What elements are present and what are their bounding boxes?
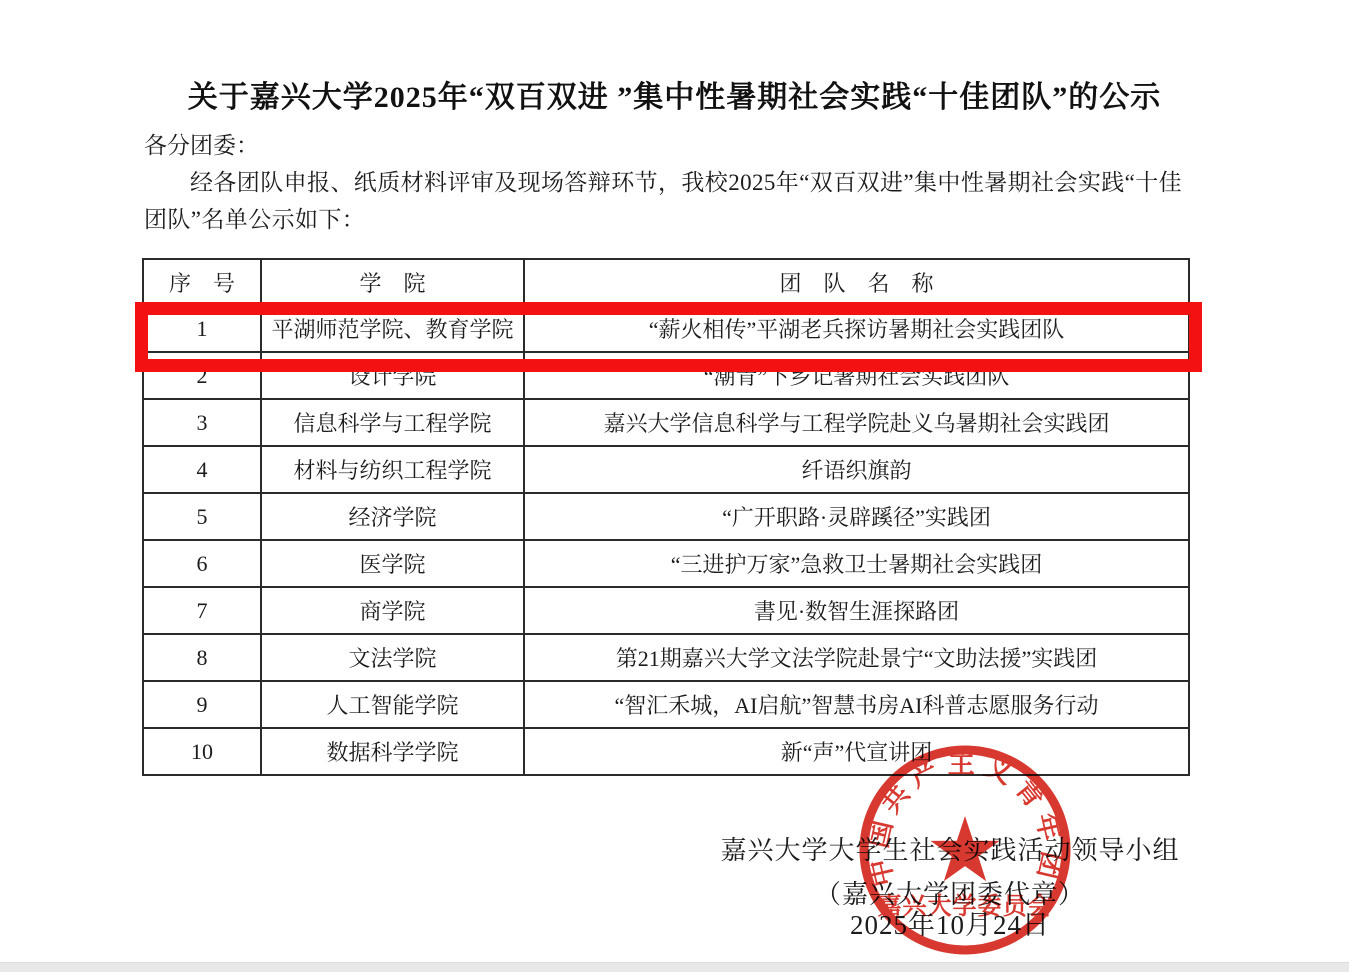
table-row: 10 数据科学学院 新“声”代宣讲团	[143, 728, 1189, 775]
cell-college: 经济学院	[261, 493, 524, 540]
signature-block: 嘉兴大学大学生社会实践活动领导小组 （嘉兴大学团委代章） 2025年10月24日	[650, 836, 1250, 940]
page-title: 关于嘉兴大学2025年“双百双进 ”集中性暑期社会实践“十佳团队”的公示	[0, 72, 1349, 116]
teams-table: 序 号 学 院 团 队 名 称 1 平湖师范学院、教育学院 “薪火相传”平湖老兵…	[142, 258, 1190, 776]
cell-no: 1	[143, 305, 261, 352]
header-no: 序 号	[143, 259, 261, 305]
cell-no: 10	[143, 728, 261, 775]
cell-team: 新“声”代宣讲团	[524, 728, 1189, 775]
body-paragraph-line1: 经各团队申报、纸质材料评审及现场答辩环节，我校2025年“双百双进”集中性暑期社…	[144, 164, 1206, 197]
cell-team: “潮青”下乡记暑期社会实践团队	[524, 352, 1189, 399]
table-row: 6 医学院 “三进护万家”急救卫士暑期社会实践团	[143, 540, 1189, 587]
table-row: 3 信息科学与工程学院 嘉兴大学信息科学与工程学院赴义乌暑期社会实践团	[143, 399, 1189, 446]
cell-college: 文法学院	[261, 634, 524, 681]
cell-no: 6	[143, 540, 261, 587]
table-row: 5 经济学院 “广开职路·灵辟蹊径”实践团	[143, 493, 1189, 540]
cell-college: 信息科学与工程学院	[261, 399, 524, 446]
cell-team: 纤语织旗韵	[524, 446, 1189, 493]
signature-seal-note: （嘉兴大学团委代章）	[650, 880, 1250, 910]
cell-college: 设计学院	[261, 352, 524, 399]
table-row: 1 平湖师范学院、教育学院 “薪火相传”平湖老兵探访暑期社会实践团队	[143, 305, 1189, 352]
table-row: 8 文法学院 第21期嘉兴大学文法学院赴景宁“文助法援”实践团	[143, 634, 1189, 681]
table-header-row: 序 号 学 院 团 队 名 称	[143, 259, 1189, 305]
cell-team: 書见·数智生涯探路团	[524, 587, 1189, 634]
cell-no: 9	[143, 681, 261, 728]
table-row: 4 材料与纺织工程学院 纤语织旗韵	[143, 446, 1189, 493]
cell-team: “三进护万家”急救卫士暑期社会实践团	[524, 540, 1189, 587]
cell-no: 8	[143, 634, 261, 681]
page-bottom-bar	[0, 962, 1349, 972]
cell-college: 平湖师范学院、教育学院	[261, 305, 524, 352]
cell-college: 医学院	[261, 540, 524, 587]
signature-org: 嘉兴大学大学生社会实践活动领导小组	[650, 836, 1250, 866]
cell-team: “智汇禾城，AI启航”智慧书房AI科普志愿服务行动	[524, 681, 1189, 728]
cell-no: 7	[143, 587, 261, 634]
cell-team: 嘉兴大学信息科学与工程学院赴义乌暑期社会实践团	[524, 399, 1189, 446]
cell-no: 4	[143, 446, 261, 493]
table-row: 2 设计学院 “潮青”下乡记暑期社会实践团队	[143, 352, 1189, 399]
cell-team: “广开职路·灵辟蹊径”实践团	[524, 493, 1189, 540]
cell-no: 5	[143, 493, 261, 540]
cell-team: “薪火相传”平湖老兵探访暑期社会实践团队	[524, 305, 1189, 352]
cell-college: 数据科学学院	[261, 728, 524, 775]
salutation-text: 各分团委：	[144, 127, 259, 160]
header-team: 团 队 名 称	[524, 259, 1189, 305]
cell-team: 第21期嘉兴大学文法学院赴景宁“文助法援”实践团	[524, 634, 1189, 681]
cell-no: 3	[143, 399, 261, 446]
signature-date: 2025年10月24日	[650, 910, 1250, 940]
body-paragraph-line2: 团队”名单公示如下：	[144, 201, 365, 234]
cell-college: 商学院	[261, 587, 524, 634]
header-college: 学 院	[261, 259, 524, 305]
table-row: 9 人工智能学院 “智汇禾城，AI启航”智慧书房AI科普志愿服务行动	[143, 681, 1189, 728]
table-row: 7 商学院 書见·数智生涯探路团	[143, 587, 1189, 634]
cell-college: 材料与纺织工程学院	[261, 446, 524, 493]
cell-college: 人工智能学院	[261, 681, 524, 728]
cell-no: 2	[143, 352, 261, 399]
